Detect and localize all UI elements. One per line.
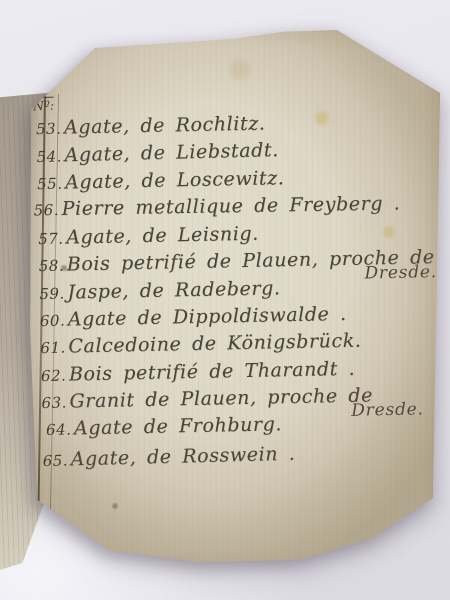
notebook-page-wrap: Nº: 53. Agate, de Rochlitz. 54. Agate, d… <box>0 0 450 600</box>
entry-text: Pierre metallique de Freyberg . <box>61 193 400 221</box>
entry-text: Agate, de Loscewitz. <box>65 167 285 193</box>
entry-text: Agate de Dippoldiswalde . <box>68 303 347 331</box>
entry-text: Agate, de Rochlitz. <box>64 113 266 139</box>
entry-number: 54. <box>30 148 64 167</box>
entry-number: 64. <box>40 421 74 440</box>
entry-number: 57. <box>32 229 66 248</box>
entry-text: Agate, de Leisnig. <box>66 222 259 248</box>
entry-number: 60. <box>34 311 68 330</box>
entry-text: Bois petrifié de Tharandt . <box>69 357 356 385</box>
notebook-page: Nº: 53. Agate, de Rochlitz. 54. Agate, d… <box>0 0 450 600</box>
manuscript-photo: Nº: 53. Agate, de Rochlitz. 54. Agate, d… <box>0 0 450 600</box>
entry-number: 59. <box>33 285 67 304</box>
entry-text: Agate, de Rosswein . <box>70 442 295 470</box>
entry-text: Calcedoine de Königsbrück. <box>68 330 361 358</box>
entry-text: Agate, de Liebstadt. <box>64 139 279 166</box>
entry-number: 53. <box>30 120 64 139</box>
entry-number: 63. <box>35 393 69 412</box>
entries-list: 53. Agate, de Rochlitz. 54. Agate, de Li… <box>30 109 449 473</box>
entry-number: 65. <box>36 451 70 470</box>
entry-text: Agate de Frohburg. <box>74 414 282 440</box>
entry-number: 56. <box>28 201 62 220</box>
number-column-header: Nº: <box>33 98 55 114</box>
entry-number: 61. <box>34 339 68 358</box>
entry-number: 58. <box>33 256 67 275</box>
entry-text: Granit de Plauen, proche de <box>69 384 373 412</box>
entry-number: 55. <box>31 174 65 193</box>
entry-number: 62. <box>35 366 69 385</box>
entry-text: Jaspe, de Radeberg. <box>67 278 281 304</box>
